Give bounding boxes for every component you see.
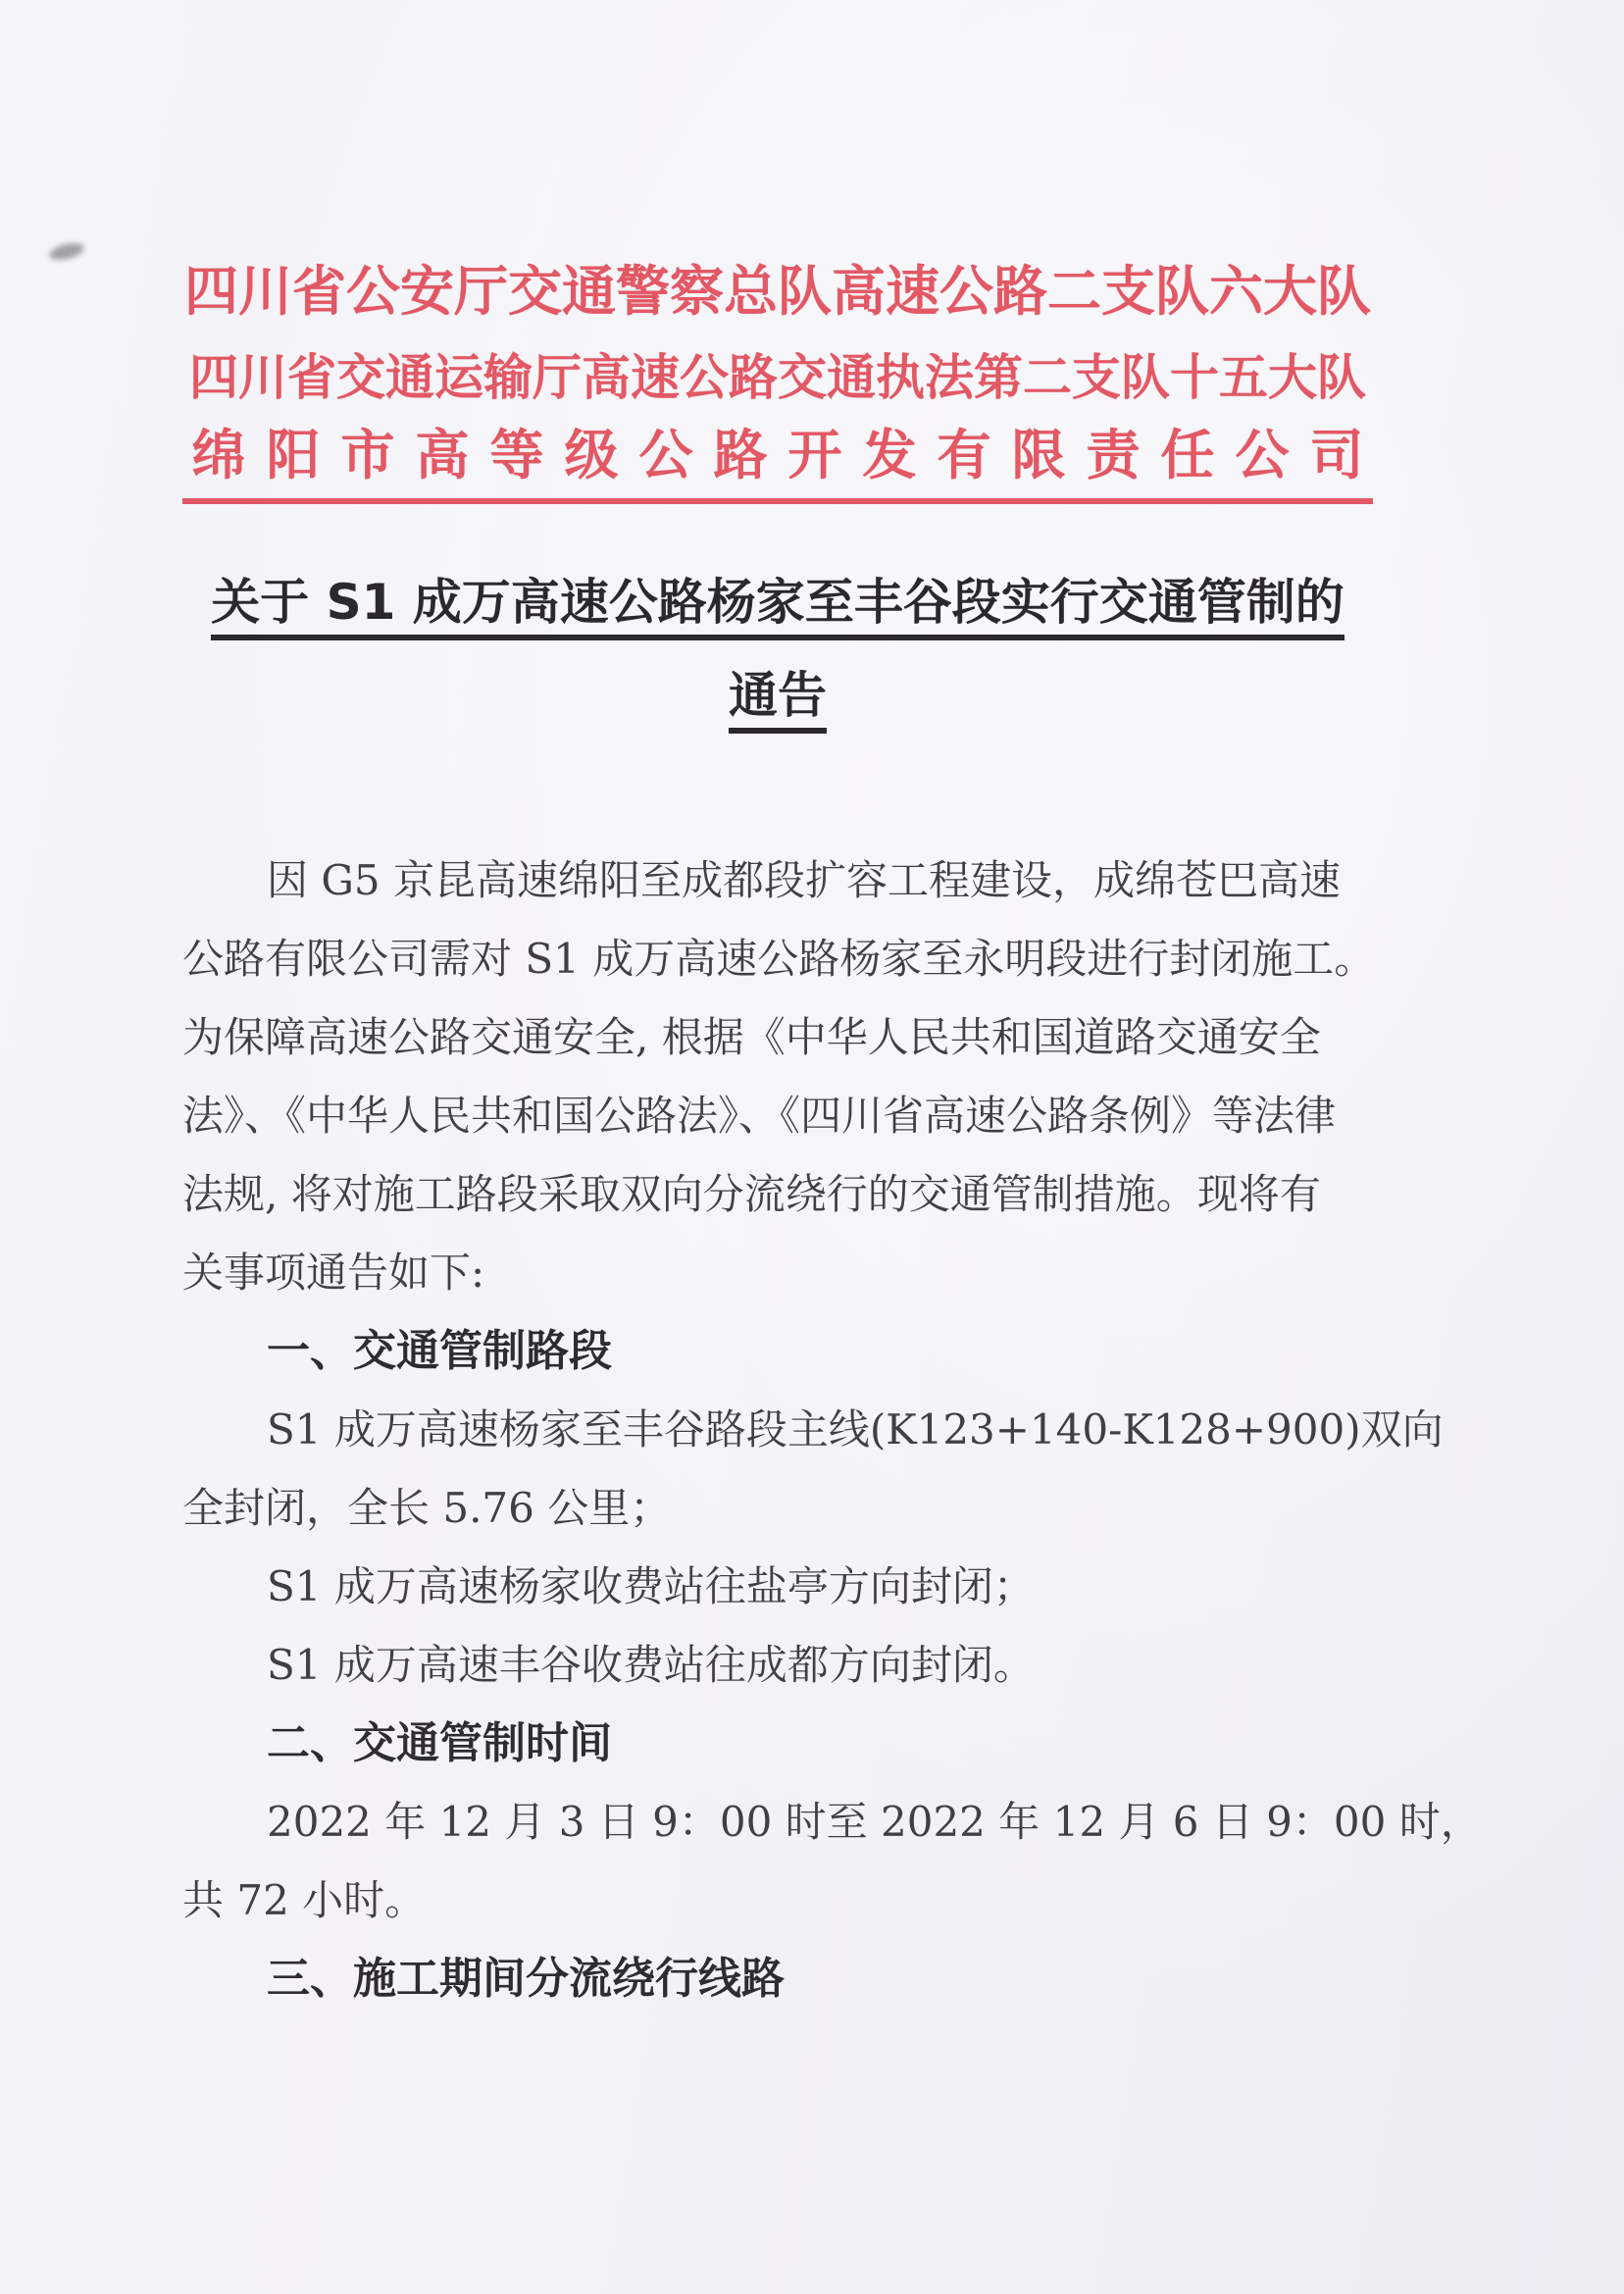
notice-title: 关于 S1 成万高速公路杨家至丰谷段实行交通管制的 通告 [182,575,1373,734]
body-line-5: 法规, 将对施工路段采取双向分流绕行的交通管制措施。现将有 [182,1155,1373,1234]
authority-line-police-detachment: 四川省公安厅交通警察总队高速公路二支队六大队 [182,247,1373,335]
authority-line-highway-company: 绵阳市高等级公路开发有限责任公司 [182,420,1394,490]
notice-body: 因 G5 京昆高速绵阳至成都段扩容工程建设，成绵苍巴高速 公路有限公司需对 S1… [182,841,1373,2018]
notice-title-row1: 关于 S1 成万高速公路杨家至丰谷段实行交通管制的 [182,575,1373,640]
section-3-heading-detour-routes: 三、施工期间分流绕行线路 [182,1940,1373,2018]
body-line-control-dates: 2022 年 12 月 3 日 9：00 时至 2022 年 12 月 6 日 … [182,1783,1373,1861]
body-line-closure-length: 全封闭，全长 5.76 公里； [182,1469,1373,1548]
body-line-3: 为保障高速公路交通安全, 根据《中华人民共和国道路交通安全 [182,998,1373,1077]
body-line-total-hours: 共 72 小时。 [182,1861,1373,1940]
body-line-yangjia-toll-closure: S1 成万高速杨家收费站往盐亭方向封闭； [182,1548,1373,1626]
issuing-authorities-letterhead: 四川省公安厅交通警察总队高速公路二支队六大队 四川省交通运输厅高速公路交通执法第… [182,247,1373,504]
body-line-2: 公路有限公司需对 S1 成万高速公路杨家至永明段进行封闭施工。 [182,920,1373,998]
scan-smudge-artifact [48,240,86,263]
notice-title-line1: 关于 S1 成万高速公路杨家至丰谷段实行交通管制的 [211,575,1345,640]
body-line-6: 关事项通告如下: [182,1234,1373,1312]
page-content: 四川省公安厅交通警察总队高速公路二支队六大队 四川省交通运输厅高速公路交通执法第… [182,0,1373,2018]
notice-title-line2: 通告 [729,668,827,734]
scanned-notice-page: 四川省公安厅交通警察总队高速公路二支队六大队 四川省交通运输厅高速公路交通执法第… [0,0,1624,2294]
section-1-heading-control-segment: 一、交通管制路段 [182,1312,1373,1391]
body-line-4: 法》、《中华人民共和国公路法》、《四川省高速公路条例》等法律 [182,1077,1373,1155]
notice-title-row2: 通告 [182,668,1373,734]
authority-line-company-underline: 绵阳市高等级公路开发有限责任公司 [182,420,1373,504]
section-2-heading-control-time: 二、交通管制时间 [182,1705,1373,1783]
body-line-1: 因 G5 京昆高速绵阳至成都段扩容工程建设，成绵苍巴高速 [182,841,1373,920]
authority-line-transport-enforcement: 四川省交通运输厅高速公路交通执法第二支队十五大队 [182,335,1373,420]
body-line-fenggu-toll-closure: S1 成万高速丰谷收费站往成都方向封闭。 [182,1626,1373,1705]
body-line-mainline-closure: S1 成万高速杨家至丰谷路段主线(K123+140-K128+900)双向 [182,1391,1373,1469]
